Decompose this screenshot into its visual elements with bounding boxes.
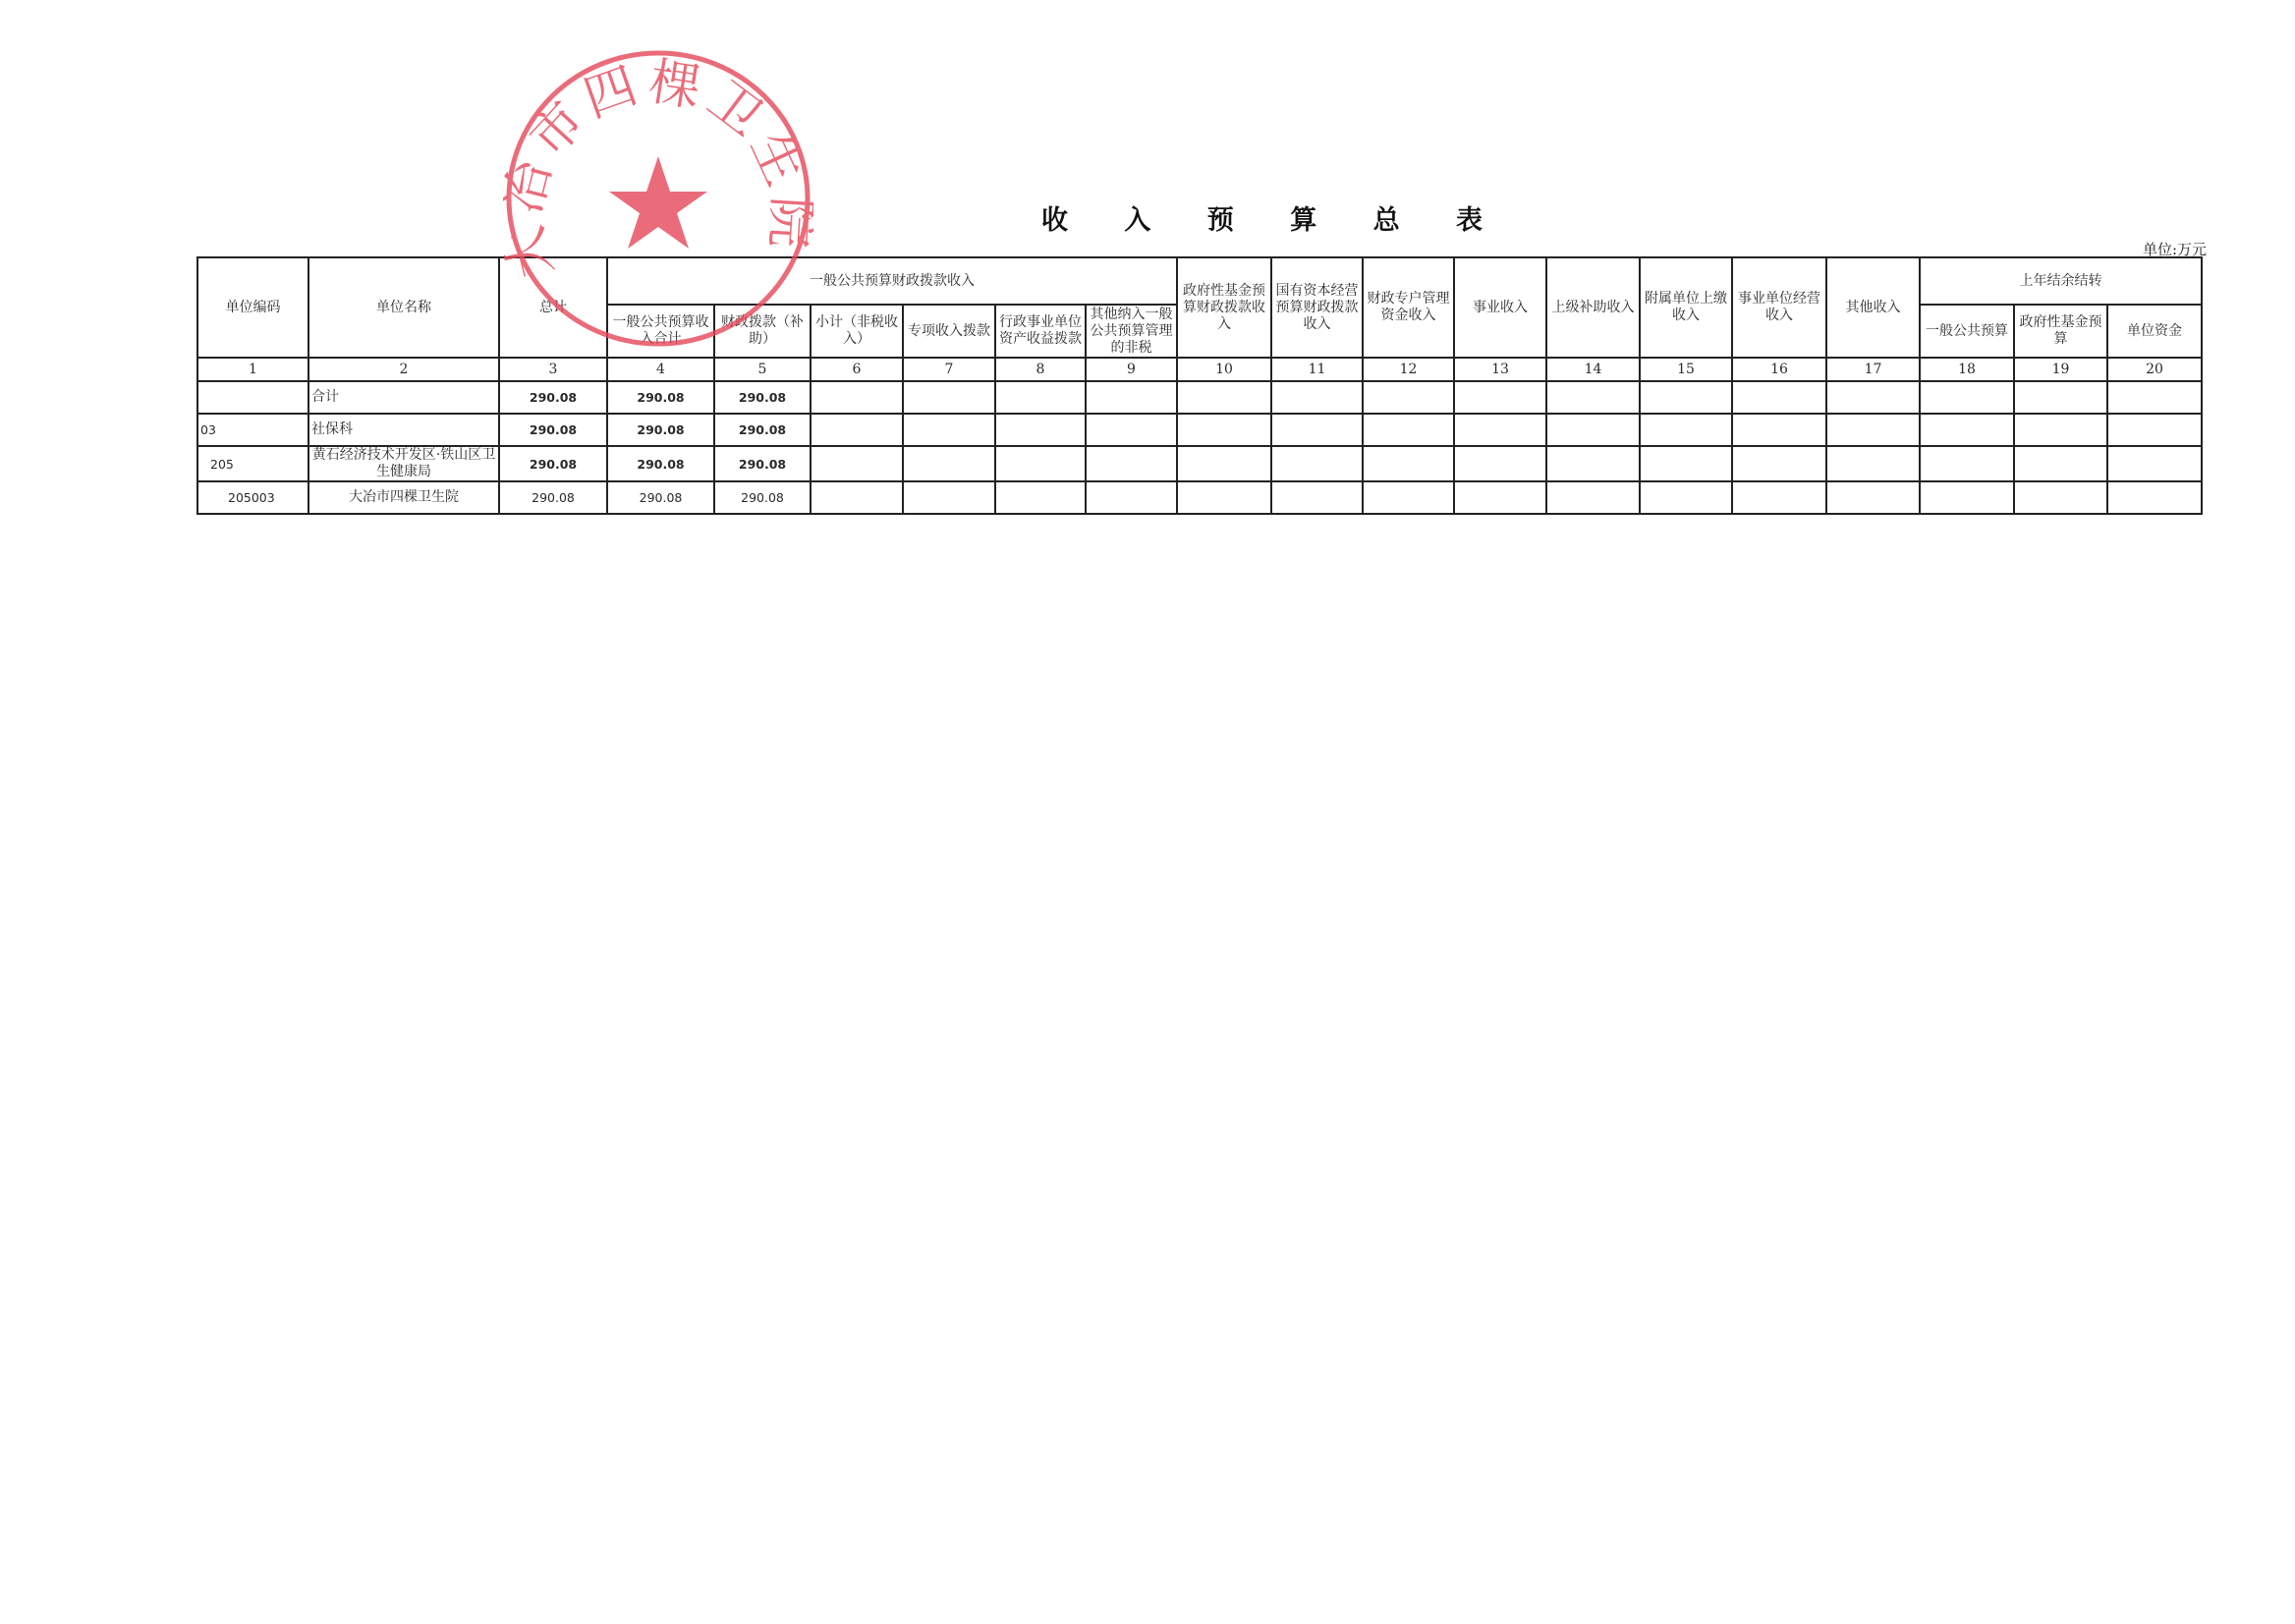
cell-unit-name: 合计 (308, 381, 499, 414)
cell-general-total: 290.08 (607, 481, 714, 514)
cell-empty (1086, 381, 1177, 414)
cell-unit-name: 大冶市四棵卫生院 (308, 481, 499, 514)
cell-empty (995, 481, 1086, 514)
cell-empty (811, 381, 903, 414)
column-number: 10 (1177, 358, 1271, 381)
cell-empty (1177, 446, 1271, 481)
column-number: 3 (499, 358, 607, 381)
cell-unit-code: 205003 (197, 481, 308, 514)
column-number-row: 1234567891011121314151617181920 (197, 358, 2202, 381)
header-other-nontax: 其他纳入一般公共预算管理的非税 (1086, 305, 1177, 358)
cell-empty (1086, 414, 1177, 446)
cell-empty (1454, 481, 1546, 514)
cell-empty (1826, 481, 1920, 514)
cell-empty (1271, 481, 1363, 514)
header-fiscal-allocation: 财政拨款（补助） (714, 305, 811, 358)
header-other-income: 其他收入 (1826, 257, 1920, 358)
header-general-total: 一般公共预算收入合计 (607, 305, 714, 358)
column-number: 19 (2014, 358, 2107, 381)
cell-general-total: 290.08 (607, 381, 714, 414)
cell-empty (2014, 446, 2107, 481)
cell-fiscal-allocation: 290.08 (714, 414, 811, 446)
cell-empty (1177, 414, 1271, 446)
cell-empty (1640, 381, 1732, 414)
svg-text:大冶市四棵卫生院: 大冶市四棵卫生院 (503, 52, 813, 284)
table-row: 合计290.08290.08290.08 (197, 381, 2202, 414)
cell-total: 290.08 (499, 381, 607, 414)
cell-empty (1546, 481, 1640, 514)
column-number: 12 (1363, 358, 1454, 381)
header-operating-income: 事业单位经营收入 (1732, 257, 1826, 358)
column-number: 8 (995, 358, 1086, 381)
header-group-general-budget: 一般公共预算财政拨款收入 (607, 257, 1177, 305)
cell-empty (1454, 446, 1546, 481)
column-number: 18 (1920, 358, 2014, 381)
cell-empty (1454, 414, 1546, 446)
header-affiliated-income: 附属单位上缴收入 (1640, 257, 1732, 358)
column-number: 13 (1454, 358, 1546, 381)
income-budget-table: 单位编码 单位名称 总计 一般公共预算财政拨款收入 政府性基金预算财政拨款收入 … (196, 256, 2203, 515)
header-state-capital: 国有资本经营预算财政拨款收入 (1271, 257, 1363, 358)
cell-empty (1177, 381, 1271, 414)
cell-empty (903, 414, 995, 446)
cell-empty (1271, 414, 1363, 446)
cell-empty (811, 446, 903, 481)
cell-empty (811, 481, 903, 514)
cell-empty (1546, 381, 1640, 414)
seal-text: 大冶市四棵卫生院 (503, 52, 813, 284)
cell-empty (1640, 446, 1732, 481)
cell-empty (2107, 446, 2202, 481)
cell-empty (1177, 481, 1271, 514)
column-number: 20 (2107, 358, 2202, 381)
header-special-account: 财政专户管理资金收入 (1363, 257, 1454, 358)
cell-empty (1271, 381, 1363, 414)
cell-empty (2107, 414, 2202, 446)
header-unit-code: 单位编码 (197, 257, 308, 358)
column-number: 15 (1640, 358, 1732, 381)
cell-empty (1640, 481, 1732, 514)
cell-empty (2014, 381, 2107, 414)
cell-empty (903, 481, 995, 514)
cell-general-total: 290.08 (607, 446, 714, 481)
header-carry-unit-fund: 单位资金 (2107, 305, 2202, 358)
column-number: 9 (1086, 358, 1177, 381)
column-number: 7 (903, 358, 995, 381)
header-carry-gov-fund: 政府性基金预算 (2014, 305, 2107, 358)
table-row: 205黄石经济技术开发区·铁山区卫生健康局290.08290.08290.08 (197, 446, 2202, 481)
header-business-income: 事业收入 (1454, 257, 1546, 358)
cell-empty (1363, 414, 1454, 446)
cell-empty (1363, 481, 1454, 514)
cell-empty (995, 414, 1086, 446)
column-number: 6 (811, 358, 903, 381)
cell-empty (1732, 446, 1826, 481)
cell-empty (995, 381, 1086, 414)
cell-general-total: 290.08 (607, 414, 714, 446)
header-subtotal-nontax: 小计（非税收入） (811, 305, 903, 358)
column-number: 11 (1271, 358, 1363, 381)
cell-total: 290.08 (499, 446, 607, 481)
cell-unit-code: 03 (197, 414, 308, 446)
cell-empty (1086, 481, 1177, 514)
cell-empty (2107, 481, 2202, 514)
cell-unit-code: 205 (197, 446, 308, 481)
header-total: 总计 (499, 257, 607, 358)
cell-empty (1732, 414, 1826, 446)
cell-empty (1826, 414, 1920, 446)
cell-empty (1363, 381, 1454, 414)
header-group-carryover: 上年结余结转 (1920, 257, 2202, 305)
cell-empty (903, 381, 995, 414)
header-row-1: 单位编码 单位名称 总计 一般公共预算财政拨款收入 政府性基金预算财政拨款收入 … (197, 257, 2202, 305)
cell-unit-name: 黄石经济技术开发区·铁山区卫生健康局 (308, 446, 499, 481)
column-number: 14 (1546, 358, 1640, 381)
table-body: 合计290.08290.08290.0803社保科290.08290.08290… (197, 381, 2202, 514)
cell-unit-code (197, 381, 308, 414)
cell-empty (1640, 414, 1732, 446)
header-admin-asset-income: 行政事业单位资产收益拨款 (995, 305, 1086, 358)
column-number: 17 (1826, 358, 1920, 381)
header-carry-general: 一般公共预算 (1920, 305, 2014, 358)
cell-empty (1826, 446, 1920, 481)
cell-fiscal-allocation: 290.08 (714, 381, 811, 414)
cell-empty (811, 414, 903, 446)
cell-empty (1920, 446, 2014, 481)
cell-empty (1546, 414, 1640, 446)
cell-fiscal-allocation: 290.08 (714, 446, 811, 481)
header-unit-name: 单位名称 (308, 257, 499, 358)
column-number: 16 (1732, 358, 1826, 381)
header-superior-subsidy: 上级补助收入 (1546, 257, 1640, 358)
cell-total: 290.08 (499, 414, 607, 446)
cell-empty (1271, 446, 1363, 481)
column-number: 4 (607, 358, 714, 381)
column-number: 2 (308, 358, 499, 381)
table-row: 205003大冶市四棵卫生院290.08290.08290.08 (197, 481, 2202, 514)
cell-empty (2014, 414, 2107, 446)
header-special-income: 专项收入拨款 (903, 305, 995, 358)
cell-empty (1086, 446, 1177, 481)
cell-empty (1454, 381, 1546, 414)
cell-empty (1363, 446, 1454, 481)
header-gov-fund: 政府性基金预算财政拨款收入 (1177, 257, 1271, 358)
cell-empty (1920, 381, 2014, 414)
cell-fiscal-allocation: 290.08 (714, 481, 811, 514)
cell-empty (1920, 481, 2014, 514)
table-row: 03社保科290.08290.08290.08 (197, 414, 2202, 446)
cell-empty (2014, 481, 2107, 514)
cell-unit-name: 社保科 (308, 414, 499, 446)
column-number: 5 (714, 358, 811, 381)
cell-empty (1732, 381, 1826, 414)
cell-empty (995, 446, 1086, 481)
cell-empty (1546, 446, 1640, 481)
star-icon (609, 156, 707, 249)
cell-empty (1826, 381, 1920, 414)
column-number: 1 (197, 358, 308, 381)
cell-empty (2107, 381, 2202, 414)
cell-total: 290.08 (499, 481, 607, 514)
page-title: 收 入 预 算 总 表 (1041, 198, 1506, 237)
cell-empty (1732, 481, 1826, 514)
cell-empty (1920, 414, 2014, 446)
cell-empty (903, 446, 995, 481)
